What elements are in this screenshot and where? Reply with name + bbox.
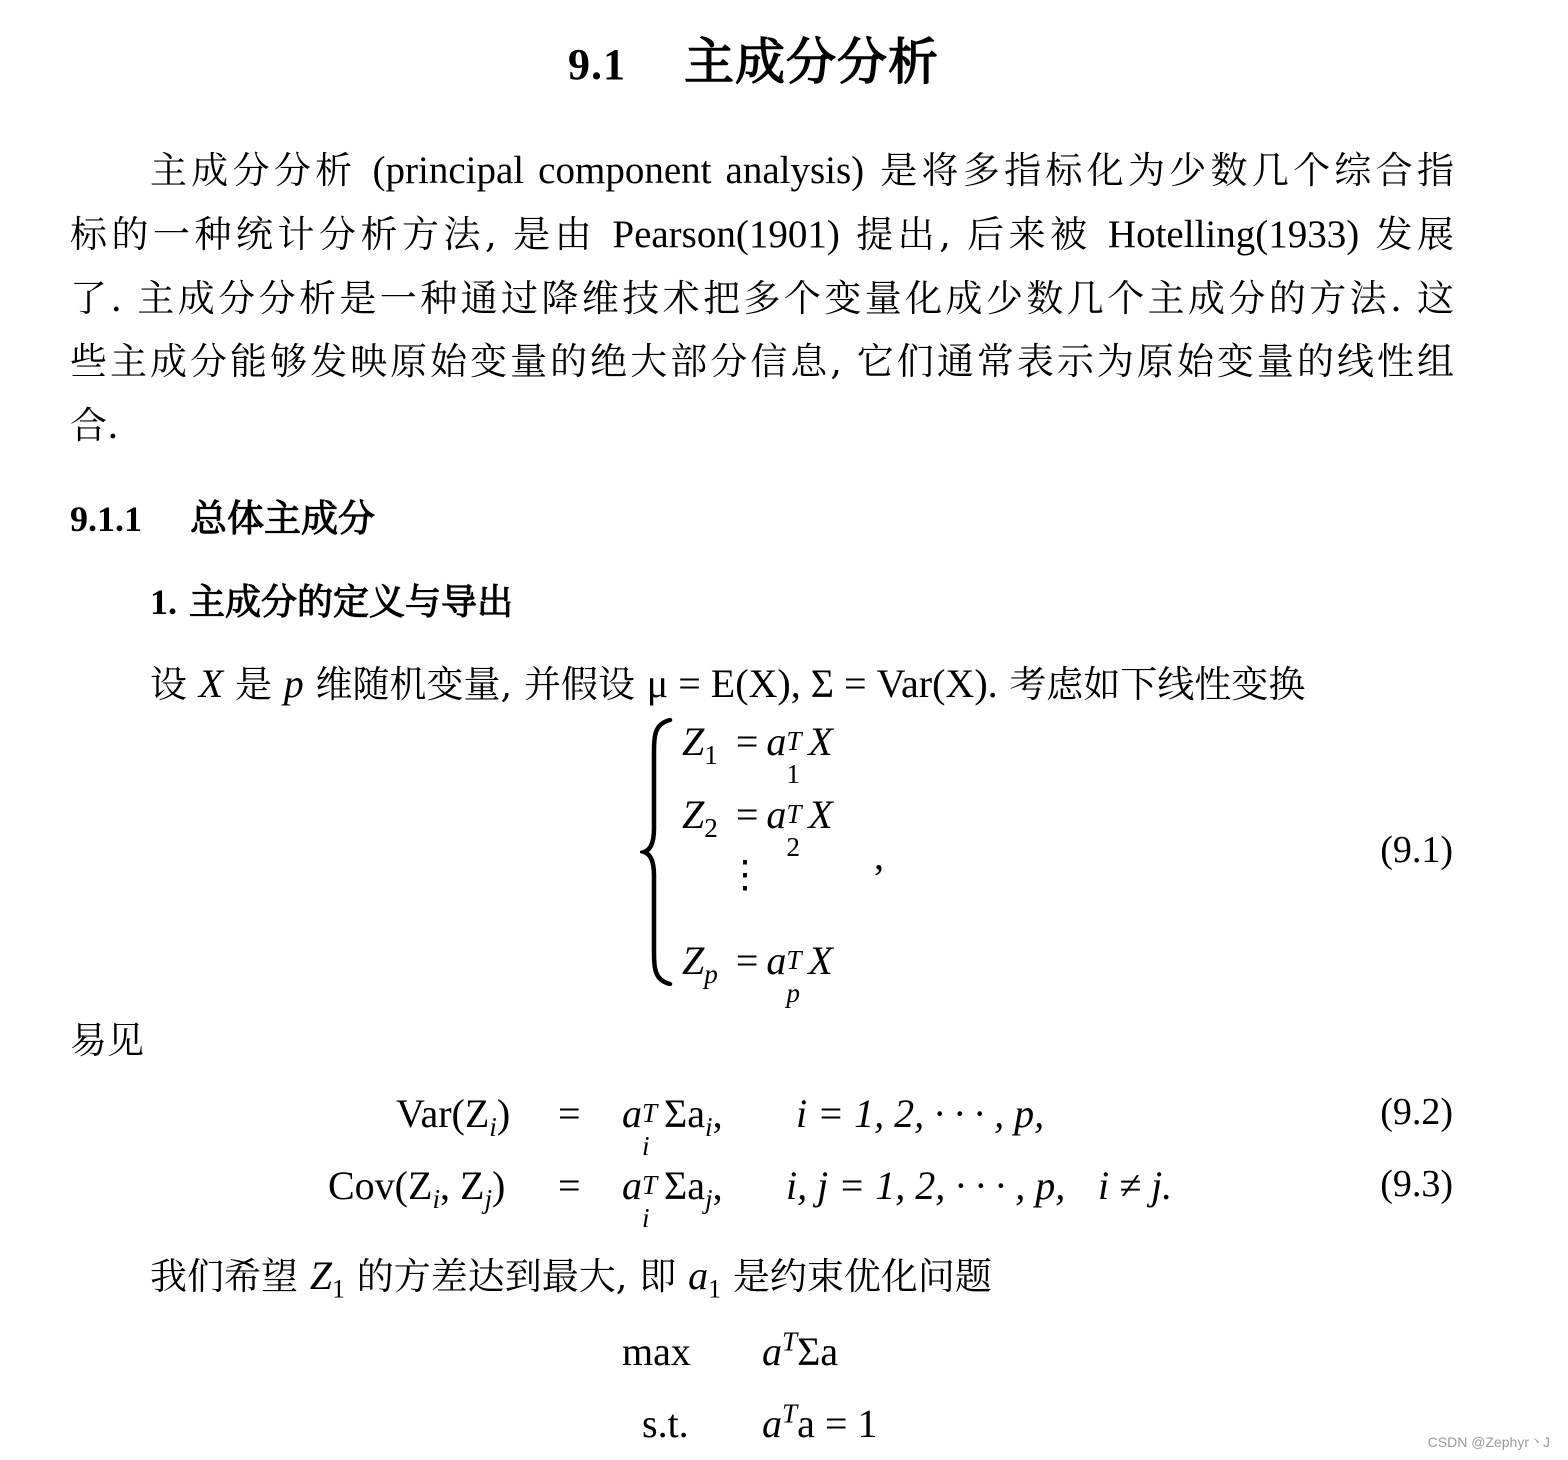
- text: 是将多指标化为少数几个综合指: [864, 149, 1454, 192]
- math: Σa: [664, 1163, 705, 1208]
- text: 设: [150, 663, 199, 706]
- math: a: [622, 1091, 642, 1136]
- math: a: [766, 938, 786, 983]
- equals-sign: =: [736, 792, 759, 837]
- math: ,: [713, 1091, 723, 1136]
- math: a: [762, 1329, 782, 1374]
- superscript: T: [782, 1399, 797, 1429]
- subject-to-label: s.t.: [642, 1400, 689, 1447]
- equation-9-2-lhs: Var(Zi): [396, 1090, 510, 1137]
- subsection-number: 9.1.1: [70, 499, 142, 539]
- equation-9-3-equals: =: [558, 1162, 581, 1209]
- superscript: T: [786, 945, 801, 976]
- equation-9-3-rhs: aTiΣaj,: [622, 1162, 723, 1209]
- math: ,: [713, 1163, 723, 1208]
- math-p: p: [284, 661, 304, 706]
- math: Cov(Z: [328, 1163, 432, 1208]
- math: ): [492, 1163, 505, 1208]
- equation-row-zp: Zp =aTpX: [682, 937, 833, 984]
- subscript: i: [489, 1112, 497, 1142]
- equation-9-3-condition-2: i ≠ j.: [1098, 1162, 1172, 1209]
- subscript: 1: [708, 1274, 721, 1303]
- text: 提出, 后来被: [840, 213, 1108, 256]
- text: 主成分分析: [150, 149, 373, 192]
- subscript: p: [786, 978, 800, 1009]
- text: 我们希望: [150, 1255, 310, 1298]
- subsubsection-title: 主成分的定义与导出: [189, 582, 513, 623]
- subscript: j: [484, 1184, 492, 1214]
- subscript: 1: [332, 1274, 345, 1303]
- math-Z: Z: [310, 1253, 332, 1298]
- subsection-title: 总体主成分: [190, 497, 375, 540]
- setup-sentence: 设 X 是 p 维随机变量, 并假设 μ = E(X), Σ = Var(X).…: [150, 654, 1305, 708]
- section-title: 9.1主成分分析: [568, 22, 939, 94]
- math: a: [762, 1401, 782, 1446]
- text: 是: [223, 663, 284, 706]
- subsubsection-number: 1.: [150, 582, 177, 622]
- max-expression: aTΣa: [762, 1328, 838, 1375]
- math-a: a: [688, 1253, 708, 1298]
- subscript: i: [705, 1112, 713, 1142]
- math: a: [766, 719, 786, 764]
- section-number: 9.1: [568, 40, 626, 89]
- paragraph-line-2: 标的一种统计分析方法, 是由 Pearson(1901) 提出, 后来被 Hot…: [70, 204, 1454, 258]
- subsubsection-heading: 1.主成分的定义与导出: [150, 574, 513, 625]
- text: 标的一种统计分析方法, 是由: [70, 213, 612, 256]
- math: Z: [682, 719, 704, 764]
- citation-pearson: Pearson(1901): [612, 213, 839, 256]
- watermark: CSDN @Zephyr丶J: [1428, 1432, 1550, 1452]
- constraint-expression: aTa = 1: [762, 1400, 877, 1447]
- citation-hotelling: Hotelling(1933): [1108, 213, 1359, 256]
- equation-9-3-lhs: Cov(Zi, Zj): [328, 1162, 505, 1209]
- objective-sentence: 我们希望 Z1 的方差达到最大, 即 a1 是约束优化问题: [150, 1246, 992, 1300]
- paragraph-line-3: 了. 主成分分析是一种通过降维技术把多个变量化成少数几个主成分的方法. 这: [70, 268, 1454, 322]
- subscript: 2: [704, 813, 718, 843]
- subscript: j: [705, 1184, 713, 1214]
- math-X: X: [199, 661, 223, 706]
- superscript: T: [642, 1098, 657, 1129]
- section-title-text: 主成分分析: [684, 33, 939, 91]
- subscript: 1: [786, 759, 800, 790]
- superscript: T: [782, 1327, 797, 1357]
- left-brace-icon: [640, 716, 680, 988]
- math: X: [808, 938, 832, 983]
- equation-row-z1: Z1 =aT1X: [682, 718, 833, 765]
- math-mean-covariance: μ = E(X), Σ = Var(X).: [647, 661, 998, 706]
- subscript: i: [642, 1203, 650, 1234]
- math: a: [766, 792, 786, 837]
- equation-9-3-condition: i, j = 1, 2, · · · , p,: [786, 1162, 1065, 1209]
- subscript: i: [642, 1131, 650, 1162]
- subscript: 1: [704, 740, 718, 770]
- text: 考虑如下线性变换: [998, 663, 1306, 706]
- math: ): [497, 1091, 510, 1136]
- text: 维随机变量, 并假设: [304, 663, 647, 706]
- math: X: [808, 719, 832, 764]
- paragraph-line-1: 主成分分析 (principal component analysis) 是将多…: [150, 140, 1454, 194]
- equation-number-9-2: (9.2): [1380, 1090, 1453, 1134]
- subsection-heading: 9.1.1总体主成分: [70, 488, 375, 542]
- superscript: T: [786, 726, 801, 757]
- equation-comma: ,: [874, 832, 884, 879]
- math: a: [622, 1163, 642, 1208]
- paragraph-line-5: 合.: [70, 395, 1454, 449]
- text: 发展: [1359, 213, 1454, 256]
- equation-9-2-rhs: aTiΣai,: [622, 1090, 723, 1137]
- equals-sign: =: [736, 719, 759, 764]
- equation-number-9-3: (9.3): [1380, 1162, 1453, 1206]
- math: Z: [682, 792, 704, 837]
- math: Var(Z: [396, 1091, 489, 1136]
- math: , Z: [440, 1163, 484, 1208]
- math: a = 1: [797, 1401, 877, 1446]
- equals-sign: =: [736, 938, 759, 983]
- equation-row-z2: Z2 =aT2X: [682, 791, 833, 838]
- superscript: T: [786, 799, 801, 830]
- equation-9-2-condition: i = 1, 2, · · · , p,: [796, 1090, 1044, 1137]
- subscript: i: [432, 1184, 440, 1214]
- paragraph-line-4: 些主成分能够发映原始变量的绝大部分信息, 它们通常表示为原始变量的线性组: [70, 331, 1454, 385]
- math: Z: [682, 938, 704, 983]
- subscript: p: [704, 959, 718, 989]
- text: 的方差达到最大, 即: [345, 1255, 688, 1298]
- vertical-dots: ⋮: [726, 856, 764, 894]
- equation-9-2-equals: =: [558, 1090, 581, 1137]
- math: Σa: [797, 1329, 838, 1374]
- text: 是约束优化问题: [721, 1255, 992, 1298]
- superscript: T: [642, 1170, 657, 1201]
- latin-text: (principal component analysis): [373, 149, 865, 192]
- math: X: [808, 792, 832, 837]
- math: Σa: [664, 1091, 705, 1136]
- max-label: max: [622, 1328, 691, 1375]
- subscript: 2: [786, 832, 800, 863]
- easy-to-see-text: 易见: [70, 1010, 144, 1064]
- equation-number-9-1: (9.1): [1380, 828, 1453, 872]
